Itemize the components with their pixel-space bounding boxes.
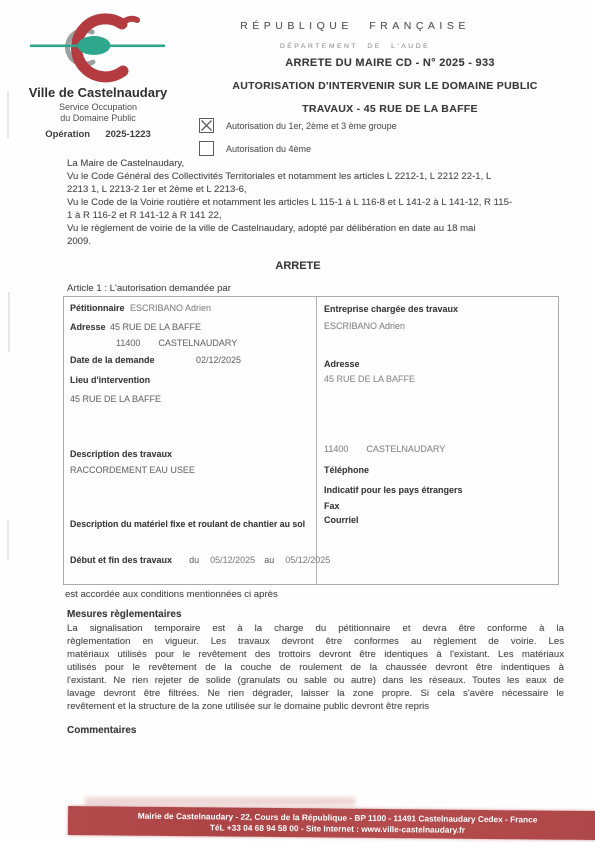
au-value: 05/12/2025 bbox=[285, 555, 330, 565]
authorization-form-table: Pétitionnaire ESCRIBANO Adrien Adresse 4… bbox=[63, 296, 559, 585]
mesures-line: l'existant. Ne rien rejeter de solide (g… bbox=[67, 674, 564, 687]
du-value: 05/12/2025 bbox=[210, 555, 255, 565]
courriel-label: Courriel bbox=[324, 515, 359, 526]
mesures-line: utilisés pour le revêtement de la couche… bbox=[67, 661, 564, 674]
mesures-line: matériaux utilisés pour le revêtement de… bbox=[67, 648, 564, 661]
debut-fin-row: Début et fin des travaux du 05/12/2025 a… bbox=[70, 555, 330, 566]
checkbox-x-mark bbox=[200, 119, 213, 132]
preamble-line: Vu le règlement de voirie de la ville de… bbox=[67, 222, 567, 235]
preamble-line: 2213 1, L 2213-2 1er et 2ème et L 2213-6… bbox=[67, 183, 567, 196]
description-travaux-value: RACCORDEMENT EAU USEE bbox=[70, 465, 195, 476]
preamble: La Maire de Castelnaudary, Vu le Code Gé… bbox=[67, 157, 567, 248]
operation-ref: Opération 2025-1223 bbox=[22, 129, 174, 140]
entreprise-ville: CASTELNAUDARY bbox=[366, 444, 445, 454]
preamble-line: 2009. bbox=[67, 235, 567, 248]
republic-heading: RÉPUBLIQUE FRANÇAISE bbox=[200, 20, 510, 33]
article1-intro: Article 1 : L'autorisation demandée par bbox=[67, 282, 231, 295]
fax-label: Fax bbox=[324, 501, 340, 512]
commentaires-heading: Commentaires bbox=[67, 724, 136, 737]
mesures-line: La signalisation temporaire est à la cha… bbox=[67, 622, 564, 635]
mesures-line: revêtement et la structure de la zone ut… bbox=[67, 700, 564, 713]
scanned-decree-page: Ville de Castelnaudary Service Occupatio… bbox=[0, 0, 595, 842]
entreprise-cp-ville: 11400CASTELNAUDARY bbox=[324, 444, 445, 455]
service-name: Service Occupation du Domaine Public bbox=[22, 102, 174, 123]
authorization-title: AUTORISATION D'INTERVENIR SUR LE DOMAINE… bbox=[175, 80, 595, 93]
au-label: au bbox=[264, 555, 274, 565]
group-1-3-checkbox bbox=[199, 118, 214, 133]
scan-artifact bbox=[8, 292, 10, 352]
mesures-line: règlementation en vigueur. Les travaux d… bbox=[67, 635, 564, 648]
entreprise-label: Entreprise chargée des travaux bbox=[324, 304, 458, 315]
mesures-heading: Mesures règlementaires bbox=[67, 608, 182, 621]
entreprise-value: ESCRIBANO Adrien bbox=[324, 321, 405, 332]
entreprise-adresse-value: 45 RUE DE LA BAFFE bbox=[324, 374, 415, 385]
castelnaudary-logo bbox=[30, 12, 165, 86]
preamble-line: 1 à R 116-2 et R 141-12 à R 141 22, bbox=[67, 209, 567, 222]
petitionnaire-value: ESCRIBANO Adrien bbox=[130, 303, 211, 314]
preamble-line: Vu le Code de la Voirie routière et nota… bbox=[67, 196, 567, 209]
scan-smear bbox=[85, 797, 355, 806]
scan-artifact bbox=[7, 92, 9, 138]
telephone-label: Téléphone bbox=[324, 465, 369, 476]
group-1-3-checkbox-label: Autorisation du 1er, 2ème et 3 ème group… bbox=[226, 120, 397, 133]
org-name: Ville de Castelnaudary bbox=[22, 85, 174, 100]
debut-fin-label: Début et fin des travaux bbox=[70, 555, 172, 565]
adresse-cp: 11400 bbox=[116, 338, 140, 348]
lieu-intervention-value: 45 RUE DE LA BAFFE bbox=[70, 394, 161, 405]
table-column-divider bbox=[316, 297, 317, 584]
date-demande-label: Date de la demande bbox=[70, 355, 155, 366]
granted-conditions-line: est accordée aux conditions mentionnées … bbox=[65, 588, 278, 601]
adresse-cp-ville: 11400CASTELNAUDARY bbox=[116, 338, 237, 349]
description-travaux-label: Description des travaux bbox=[70, 449, 172, 460]
du-label: du bbox=[189, 555, 199, 565]
adresse-ville: CASTELNAUDARY bbox=[158, 338, 237, 348]
mesures-paragraph: La signalisation temporaire est à la cha… bbox=[67, 622, 564, 713]
petitionnaire-label: Pétitionnaire bbox=[70, 303, 125, 314]
mesures-line: lavage devront être filtrées. Ne rien dé… bbox=[67, 687, 564, 700]
arrete-heading: ARRETE bbox=[98, 260, 498, 273]
adresse-label: Adresse bbox=[70, 322, 106, 333]
service-line2: du Domaine Public bbox=[22, 113, 174, 124]
works-title: TRAVAUX - 45 RUE DE LA BAFFE bbox=[190, 103, 590, 116]
entreprise-cp: 11400 bbox=[324, 444, 348, 454]
group-4-checkbox bbox=[199, 141, 214, 156]
adresse-value: 45 RUE DE LA BAFFE bbox=[110, 322, 201, 333]
lieu-intervention-label: Lieu d'intervention bbox=[70, 375, 150, 386]
date-demande-value: 02/12/2025 bbox=[196, 355, 241, 366]
operation-number: 2025-1223 bbox=[105, 129, 150, 140]
decree-title: ARRETE DU MAIRE CD - N° 2025 - 933 bbox=[190, 57, 590, 70]
department-heading: DÉPARTEMENT DE L'AUDE bbox=[200, 40, 510, 53]
group-4-checkbox-label: Autorisation du 4ème bbox=[226, 143, 311, 156]
preamble-line: Vu le Code Général des Collectivités Ter… bbox=[67, 170, 567, 183]
footer-address-band: Mairie de Castelnaudary - 22, Cours de l… bbox=[68, 806, 595, 840]
entreprise-adresse-label: Adresse bbox=[324, 359, 360, 370]
indicatif-label: Indicatif pour les pays étrangers bbox=[324, 485, 463, 496]
description-materiel-label: Description du matériel fixe et roulant … bbox=[70, 519, 305, 530]
scan-artifact bbox=[7, 520, 9, 560]
service-line1: Service Occupation bbox=[22, 102, 174, 113]
operation-label: Opération bbox=[45, 129, 90, 140]
preamble-line: La Maire de Castelnaudary, bbox=[67, 157, 567, 170]
